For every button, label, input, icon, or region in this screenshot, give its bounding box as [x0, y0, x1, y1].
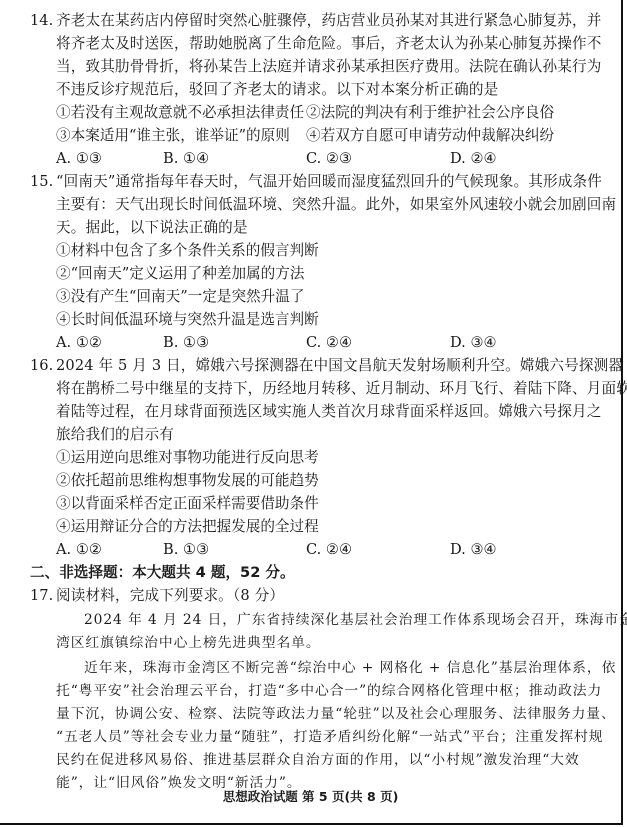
- question-stem-line: 旅给我们的启示有: [56, 426, 174, 444]
- question-stem-line: 将在鹊桥二号中继星的支持下，历经地月转移、近月制动、环月飞行、着陆下降、月面软: [56, 380, 627, 398]
- question-stem-line: 齐老太在某药店内停留时突然心脏骤停，药店营业员孙某对其进行紧急心肺复苏，并: [56, 12, 602, 30]
- question-number: 15.: [30, 173, 53, 191]
- choice-b: B. ①③: [163, 541, 209, 559]
- choice-d: D. ③④: [450, 334, 497, 352]
- question-stem-line: 天。据此，以下说法正确的是: [56, 219, 248, 237]
- statement-2: ②“回南天”定义运用了种差加属的方法: [56, 265, 304, 283]
- page-footer: 思想政治试题 第 5 页(共 8 页): [0, 789, 621, 805]
- statement-4: ④长时间低温环境与突然升温是选言判断: [56, 311, 319, 329]
- question-stem-line: 着陆等过程，在月球背面预选区域实施人类首次月球背面采样返回。嫦娥六号探月之: [56, 403, 602, 421]
- material-line: 湾区红旗镇综治中心上榜先进典型名单。: [56, 634, 321, 652]
- choice-b: B. ①③: [163, 334, 209, 352]
- question-stem-line: 将齐老太及时送医，帮助她脱离了生命危险。事后，齐老太认为孙某心肺复苏操作不: [56, 35, 602, 53]
- statement-3: ③没有产生“回南天”一定是突然升温了: [56, 288, 304, 306]
- material-line: 量下沉，协调公安、检察、法院等政法力量“轮驻”以及社会心理服务、法律服务力量、: [56, 705, 616, 723]
- statement-3: ③以背面采样否定正面采样需要借助条件: [56, 495, 319, 513]
- choice-d: D. ③④: [450, 541, 497, 559]
- choice-c: C. ②④: [306, 334, 352, 352]
- question-stem-line: “回南天”通常指每年春天时，气温开始回暖而湿度猛烈回升的气候现象。其形成条件: [56, 173, 602, 191]
- question-stem-line: 2024 年 5 月 3 日，嫦娥六号探测器在中国文昌航天发射场顺利升空。嫦娥六…: [56, 357, 623, 375]
- question-stem-line: 当，致其肋骨骨折，将孙某告上法庭并请求孙某承担医疗费用。法院在确认孙某行为: [56, 58, 602, 76]
- statement-1: ①若没有主观故意就不必承担法律责任: [56, 104, 304, 122]
- statement-1: ①材料中包含了多个条件关系的假言判断: [56, 242, 319, 260]
- question-stem-line: 主要有：天气出现长时间低温环境、突然升温。此外，如果室外风速较小就会加剧回南: [56, 196, 616, 214]
- material-line: 近年来，珠海市金湾区不断完善“综治中心 + 网格化 + 信息化”基层治理体系，依: [84, 659, 616, 677]
- choice-a: A. ①③: [56, 150, 102, 168]
- question-instruction: 阅读材料，完成下列要求。（8 分）: [56, 587, 284, 605]
- statement-1: ①运用逆向思维对事物功能进行反向思考: [56, 449, 319, 467]
- choice-c: C. ②④: [306, 541, 352, 559]
- section-heading: 二、非选择题：本大题共 4 题，52 分。: [30, 564, 295, 582]
- exam-page: 14. 齐老太在某药店内停留时突然心脏骤停，药店营业员孙某对其进行紧急心肺复苏，…: [0, 0, 623, 825]
- statement-2: ②依托超前思维构想事物发展的可能趋势: [56, 472, 319, 490]
- statement-4: ④运用辩证分合的方法把握发展的全过程: [56, 518, 319, 536]
- choice-a: A. ①②: [56, 334, 102, 352]
- question-number: 17.: [30, 587, 53, 605]
- material-line: 民约在促进移风易俗、推进基层群众自治方面的作用，以“小村规”激发治理“大效: [56, 751, 580, 769]
- statement-2: ②法院的判决有利于维护社会公序良俗: [306, 104, 554, 122]
- choice-a: A. ①②: [56, 541, 102, 559]
- statement-4: ④若双方自愿可申请劳动仲裁解决纠纷: [306, 127, 554, 145]
- choice-c: C. ②③: [306, 150, 352, 168]
- question-stem-line: 不违反诊疗规范后，驳回了齐老太的请求。以下对本案分析正确的是: [56, 81, 498, 99]
- material-line: 托“粤平安”社会治理云平台，打造“多中心合一”的综合网格化管理中枢；推动政法力: [56, 682, 602, 700]
- question-number: 16.: [30, 357, 53, 375]
- choice-d: D. ②④: [450, 150, 497, 168]
- material-line: “五老人员”等社会专业力量“随驻”，打造矛盾纠纷化解“一站式”平台；注重发挥村规: [56, 728, 603, 746]
- question-number: 14.: [30, 12, 53, 30]
- statement-3: ③本案适用“谁主张，谁举证”的原则: [56, 127, 290, 145]
- choice-b: B. ①④: [163, 150, 209, 168]
- material-line: 2024 年 4 月 24 日，广东省持续深化基层社会治理工作体系现场会召开，珠…: [84, 611, 627, 629]
